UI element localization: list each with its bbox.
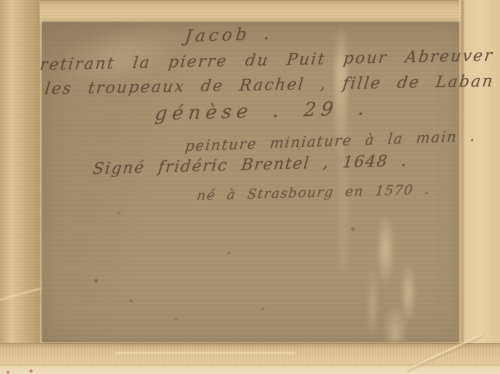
red-ink-specks [0, 0, 2, 2]
inscription-title: Jacob . [184, 24, 274, 47]
tape-strip-left [0, 0, 40, 374]
paper-scuff-area-lower-right [358, 214, 430, 342]
photo-of-handwritten-note: Jacob . retirant la pierre du Puit pour … [0, 0, 500, 374]
photo-bottom-edge [0, 366, 500, 374]
tape-fold-line-bottom [115, 352, 295, 354]
paper-specks [42, 22, 44, 24]
